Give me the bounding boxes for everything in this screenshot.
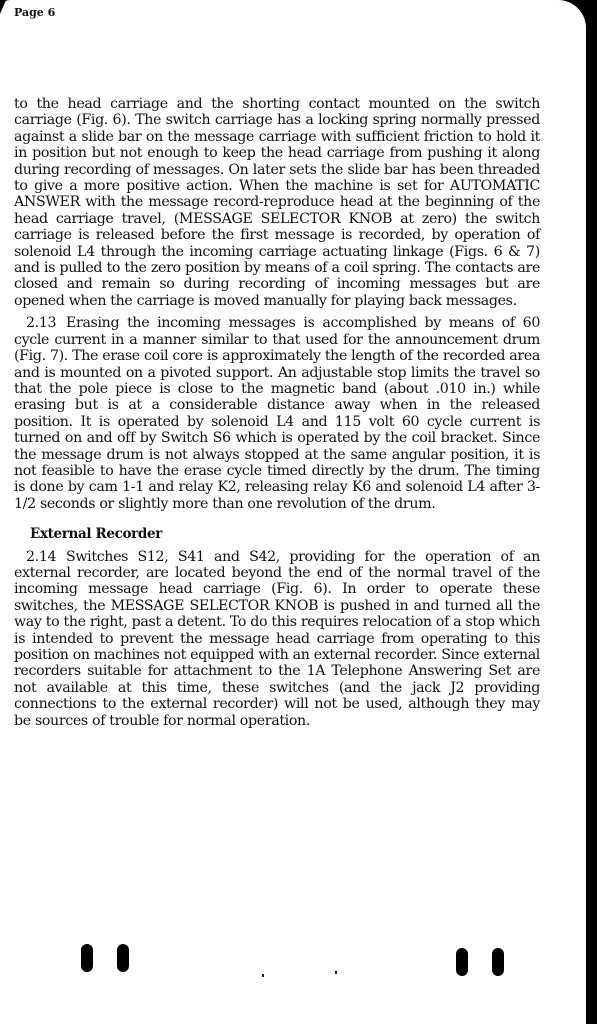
binder-hole xyxy=(117,944,129,972)
page-corner xyxy=(0,0,6,14)
scan-speck xyxy=(335,971,337,974)
section-heading: External Recorder xyxy=(30,526,540,542)
section-2-14: 2.14Switches S12, S41 and S42, providing… xyxy=(14,549,540,729)
section-text: Erasing the incoming messages is accompl… xyxy=(14,315,540,511)
page-number: Page 6 xyxy=(14,6,55,19)
document-page: Page 6 to the head carriage and the shor… xyxy=(0,0,586,1024)
binder-hole xyxy=(81,944,93,972)
section-text: Switches S12, S41 and S42, providing for… xyxy=(14,549,540,729)
section-2-13: 2.13Erasing the incoming messages is acc… xyxy=(14,315,540,512)
binder-hole xyxy=(492,948,504,976)
binder-hole xyxy=(456,948,468,976)
body-text: to the head carriage and the shorting co… xyxy=(14,96,540,729)
scan-speck xyxy=(262,974,264,977)
section-number: 2.13 xyxy=(14,315,66,331)
section-number: 2.14 xyxy=(14,549,66,565)
continuation-paragraph: to the head carriage and the shorting co… xyxy=(14,96,540,309)
